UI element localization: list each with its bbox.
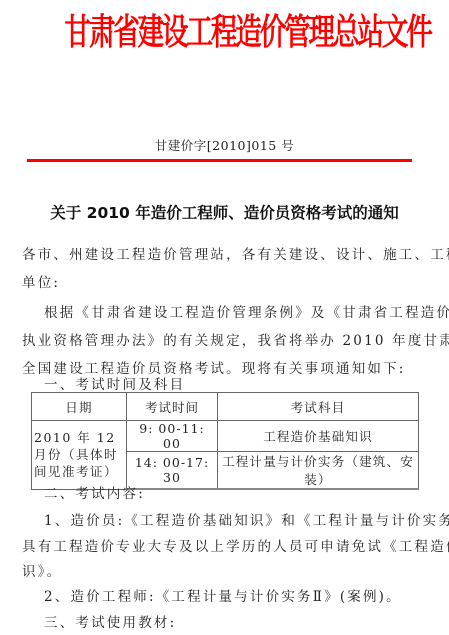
red-rule-divider <box>27 159 412 162</box>
document-number: 甘建价字[2010]015 号 <box>0 137 449 155</box>
exam-subject-cell: 工程计量与计价实务（建筑、安装） <box>218 452 419 490</box>
section-2-heading: 二、考试内容: <box>44 484 145 504</box>
table-row: 2010 年 12 月份（具体时间见准考证） 9: 00-11: 00 工程造价… <box>32 421 419 452</box>
header-exam-subject: 考试科目 <box>218 393 419 421</box>
section-3-heading: 三、考试使用教材: <box>44 613 176 633</box>
issuing-authority-banner: 甘肃省建设工程造价管理总站文件 <box>0 8 449 56</box>
item-1-line-3: 识》。 <box>22 562 62 582</box>
header-date: 日期 <box>32 393 127 421</box>
exam-time-cell: 9: 00-11: 00 <box>127 421 218 452</box>
item-2: 2、造价工程师:《工程计量与计价实务Ⅱ》(案例)。 <box>44 587 402 607</box>
salutation-line-2: 单位: <box>22 273 60 293</box>
item-1-line-2: 具有工程造价专业大专及以上学历的人员可申请免试《工程造价基础知 <box>22 537 449 557</box>
intro-paragraph-line-1: 根据《甘肃省建设工程造价管理条例》及《甘肃省工程造价专业人员 <box>44 303 449 323</box>
table-header-row: 日期 考试时间 考试科目 <box>32 393 419 421</box>
header-exam-time: 考试时间 <box>127 393 218 421</box>
exam-date-cell: 2010 年 12 月份（具体时间见准考证） <box>32 421 127 490</box>
intro-paragraph-line-2: 执业资格管理办法》的有关规定，我省将举办 2010 年度甘肃省造价工程师、 <box>22 331 449 351</box>
exam-subject-cell: 工程造价基础知识 <box>218 421 419 452</box>
exam-schedule-table: 日期 考试时间 考试科目 2010 年 12 月份（具体时间见准考证） 9: 0… <box>31 392 419 490</box>
salutation-line-1: 各市、州建设工程造价管理站，各有关建设、设计、施工、工程造价咨询 <box>22 245 449 265</box>
item-1-line-1: 1、造价员:《工程造价基础知识》和《工程计量与计价实务Ⅰ》(案例)。 <box>44 511 449 531</box>
banner-title: 甘肃省建设工程造价管理总站文件 <box>64 8 430 56</box>
notice-title: 关于 2010 年造价工程师、造价员资格考试的通知 <box>0 202 449 224</box>
